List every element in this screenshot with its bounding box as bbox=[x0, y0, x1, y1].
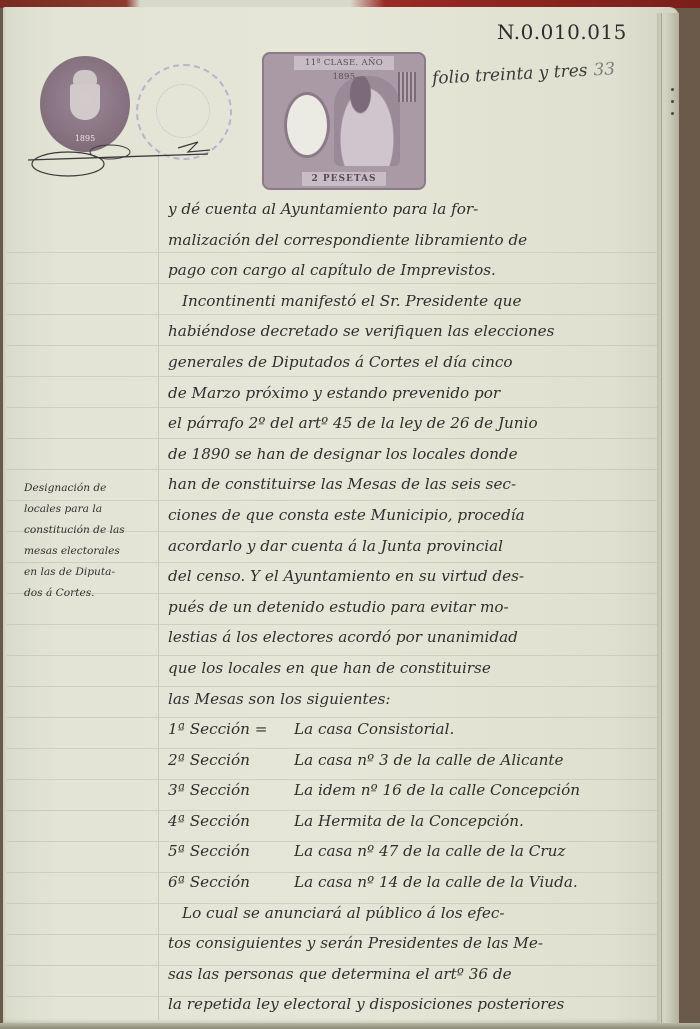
body-line: el párrafo 2º del artº 45 de la ley de 2… bbox=[168, 408, 678, 439]
body-line: Incontinenti manifestó el Sr. Presidente… bbox=[168, 286, 678, 317]
margin-rule bbox=[158, 150, 159, 1020]
margin-note-line: mesas electorales bbox=[24, 541, 150, 562]
stamp-organ-pipes-icon bbox=[398, 72, 416, 102]
stamp-value: 2 PESETAS bbox=[302, 172, 386, 186]
body-line: pués de un detenido estudio para evitar … bbox=[168, 592, 678, 623]
ink-speck bbox=[671, 100, 674, 103]
section-location: La Hermita de la Concepción. bbox=[294, 806, 678, 837]
folio-number: 33 bbox=[593, 59, 616, 80]
section-label: 4ª Sección bbox=[168, 806, 294, 837]
body-line: de Marzo próximo y estando prevenido por bbox=[168, 378, 678, 409]
page-bottom-edge bbox=[0, 1023, 700, 1029]
minutes-body: y dé cuenta al Ayuntamiento para la for-… bbox=[168, 194, 678, 1020]
revenue-stamp: 11ª CLASE. AÑO 1895 2 PESETAS bbox=[262, 52, 426, 190]
fabrica-del-timbre-seal: 1895 bbox=[40, 56, 130, 152]
margin-note-line: en las de Diputa- bbox=[24, 562, 150, 583]
margin-note: Designación de locales para la constituc… bbox=[24, 478, 150, 604]
margin-note-line: dos á Cortes. bbox=[24, 583, 150, 604]
body-line: acordarlo y dar cuenta á la Junta provin… bbox=[168, 531, 678, 562]
ink-speck bbox=[671, 112, 674, 115]
body-line: generales de Diputados á Cortes el día c… bbox=[168, 347, 678, 378]
body-line: que los locales en que han de constituir… bbox=[168, 653, 678, 684]
body-line: pago con cargo al capítulo de Imprevisto… bbox=[168, 255, 678, 286]
margin-note-line: constitución de las bbox=[24, 520, 150, 541]
closing-line: Lo cual se anunciará al público á los ef… bbox=[168, 898, 678, 929]
section-entry-3: 3ª Sección La idem nº 16 de la calle Con… bbox=[168, 775, 678, 806]
section-entry-1: 1ª Sección = La casa Consistorial. bbox=[168, 714, 678, 745]
section-location: La casa nº 14 de la calle de la Viuda. bbox=[294, 867, 678, 898]
closing-line: tos consiguientes y serán Presidentes de… bbox=[168, 928, 678, 959]
body-line: y dé cuenta al Ayuntamiento para la for- bbox=[168, 194, 678, 225]
section-label: 1ª Sección = bbox=[168, 714, 294, 745]
body-line: han de constituirse las Mesas de las sei… bbox=[168, 469, 678, 500]
section-entry-2: 2ª Sección La casa nº 3 de la calle de A… bbox=[168, 745, 678, 776]
ink-speck bbox=[671, 88, 674, 91]
stamp-class-year: 11ª CLASE. AÑO 1895 bbox=[294, 56, 394, 70]
body-line: lestias á los electores acordó por unani… bbox=[168, 622, 678, 653]
section-location: La idem nº 16 de la calle Concepción bbox=[294, 775, 678, 806]
section-entry-6: 6ª Sección La casa nº 14 de la calle de … bbox=[168, 867, 678, 898]
document-number: N.0.010.015 bbox=[497, 20, 627, 44]
signature-flourish-icon bbox=[28, 140, 218, 188]
margin-note-line: Designación de bbox=[24, 478, 150, 499]
section-location: La casa nº 47 de la calle de la Cruz bbox=[294, 836, 678, 867]
closing-line: sas las personas que determina el artº 3… bbox=[168, 959, 678, 990]
stamp-allegorical-figure-icon bbox=[334, 76, 400, 166]
margin-note-line: locales para la bbox=[24, 499, 150, 520]
coat-of-arms-icon bbox=[70, 84, 100, 120]
section-label: 5ª Sección bbox=[168, 836, 294, 867]
section-entry-5: 5ª Sección La casa nº 47 de la calle de … bbox=[168, 836, 678, 867]
section-label: 3ª Sección bbox=[168, 775, 294, 806]
crown-icon bbox=[73, 70, 97, 84]
section-label: 2ª Sección bbox=[168, 745, 294, 776]
body-line: habiéndose decretado se verifiquen las e… bbox=[168, 316, 678, 347]
closing-line: la repetida ley electoral y disposicione… bbox=[168, 989, 678, 1020]
body-line: las Mesas son los siguientes: bbox=[168, 684, 678, 715]
section-location: La casa nº 3 de la calle de Alicante bbox=[294, 745, 678, 776]
stamp-oval-frame bbox=[284, 92, 330, 158]
body-line: del censo. Y el Ayuntamiento en su virtu… bbox=[168, 561, 678, 592]
section-entry-4: 4ª Sección La Hermita de la Concepción. bbox=[168, 806, 678, 837]
body-line: de 1890 se han de designar los locales d… bbox=[168, 439, 678, 470]
section-label: 6ª Sección bbox=[168, 867, 294, 898]
body-line: ciones de que consta este Municipio, pro… bbox=[168, 500, 678, 531]
body-line: malización del correspondiente libramien… bbox=[168, 225, 678, 256]
section-location: La casa Consistorial. bbox=[294, 714, 678, 745]
